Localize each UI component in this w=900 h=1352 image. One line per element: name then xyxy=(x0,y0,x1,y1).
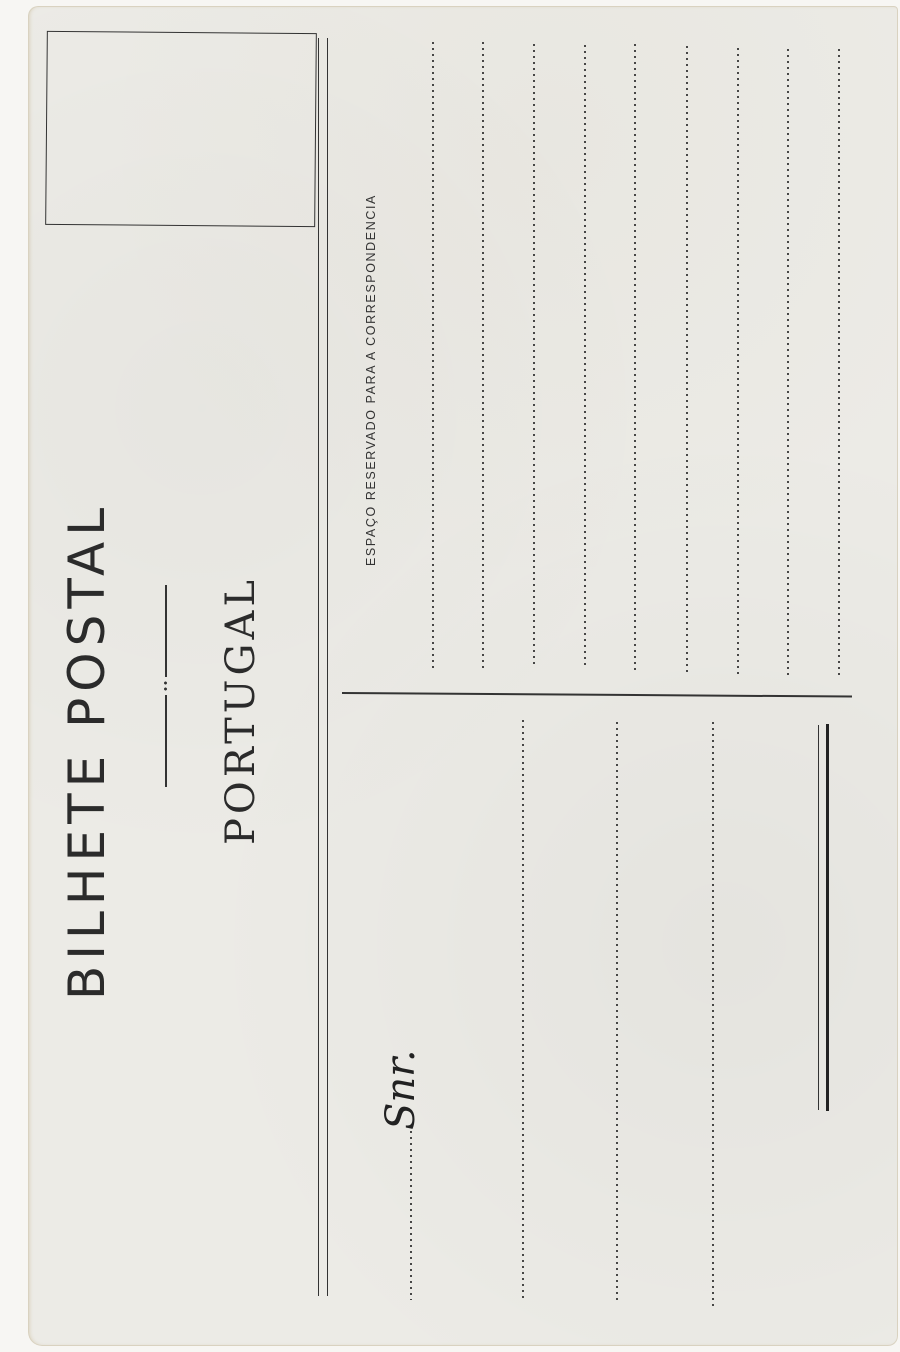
addressee-salutation: Snr. xyxy=(378,1049,424,1130)
separator-line-1 xyxy=(318,38,319,1296)
correspondence-label: ESPAÇO RESERVADO PARA A CORRESPONDENCIA xyxy=(364,194,378,566)
correspondence-line xyxy=(482,42,484,668)
address-line xyxy=(712,722,714,1307)
ornament-line-bottom xyxy=(165,695,167,787)
address-rule-thin xyxy=(818,725,819,1110)
country-label: PORTUGAL xyxy=(218,576,264,845)
address-rule-thick xyxy=(826,724,829,1111)
correspondence-line xyxy=(634,44,636,670)
correspondence-line xyxy=(533,44,535,668)
correspondence-line xyxy=(787,49,789,675)
correspondence-line xyxy=(838,49,840,675)
correspondence-line xyxy=(737,48,739,674)
correspondence-line xyxy=(584,45,586,669)
address-line xyxy=(522,720,524,1302)
separator-line-2 xyxy=(327,38,328,1296)
address-line xyxy=(616,722,618,1304)
correspondence-line xyxy=(432,42,434,668)
stamp-box xyxy=(45,31,317,227)
ornament-dots xyxy=(163,680,168,692)
postcard-title: BILHETE POSTAL xyxy=(58,502,116,1000)
address-line xyxy=(410,1125,412,1300)
ornament-line-top xyxy=(165,585,167,677)
correspondence-line xyxy=(686,46,688,672)
